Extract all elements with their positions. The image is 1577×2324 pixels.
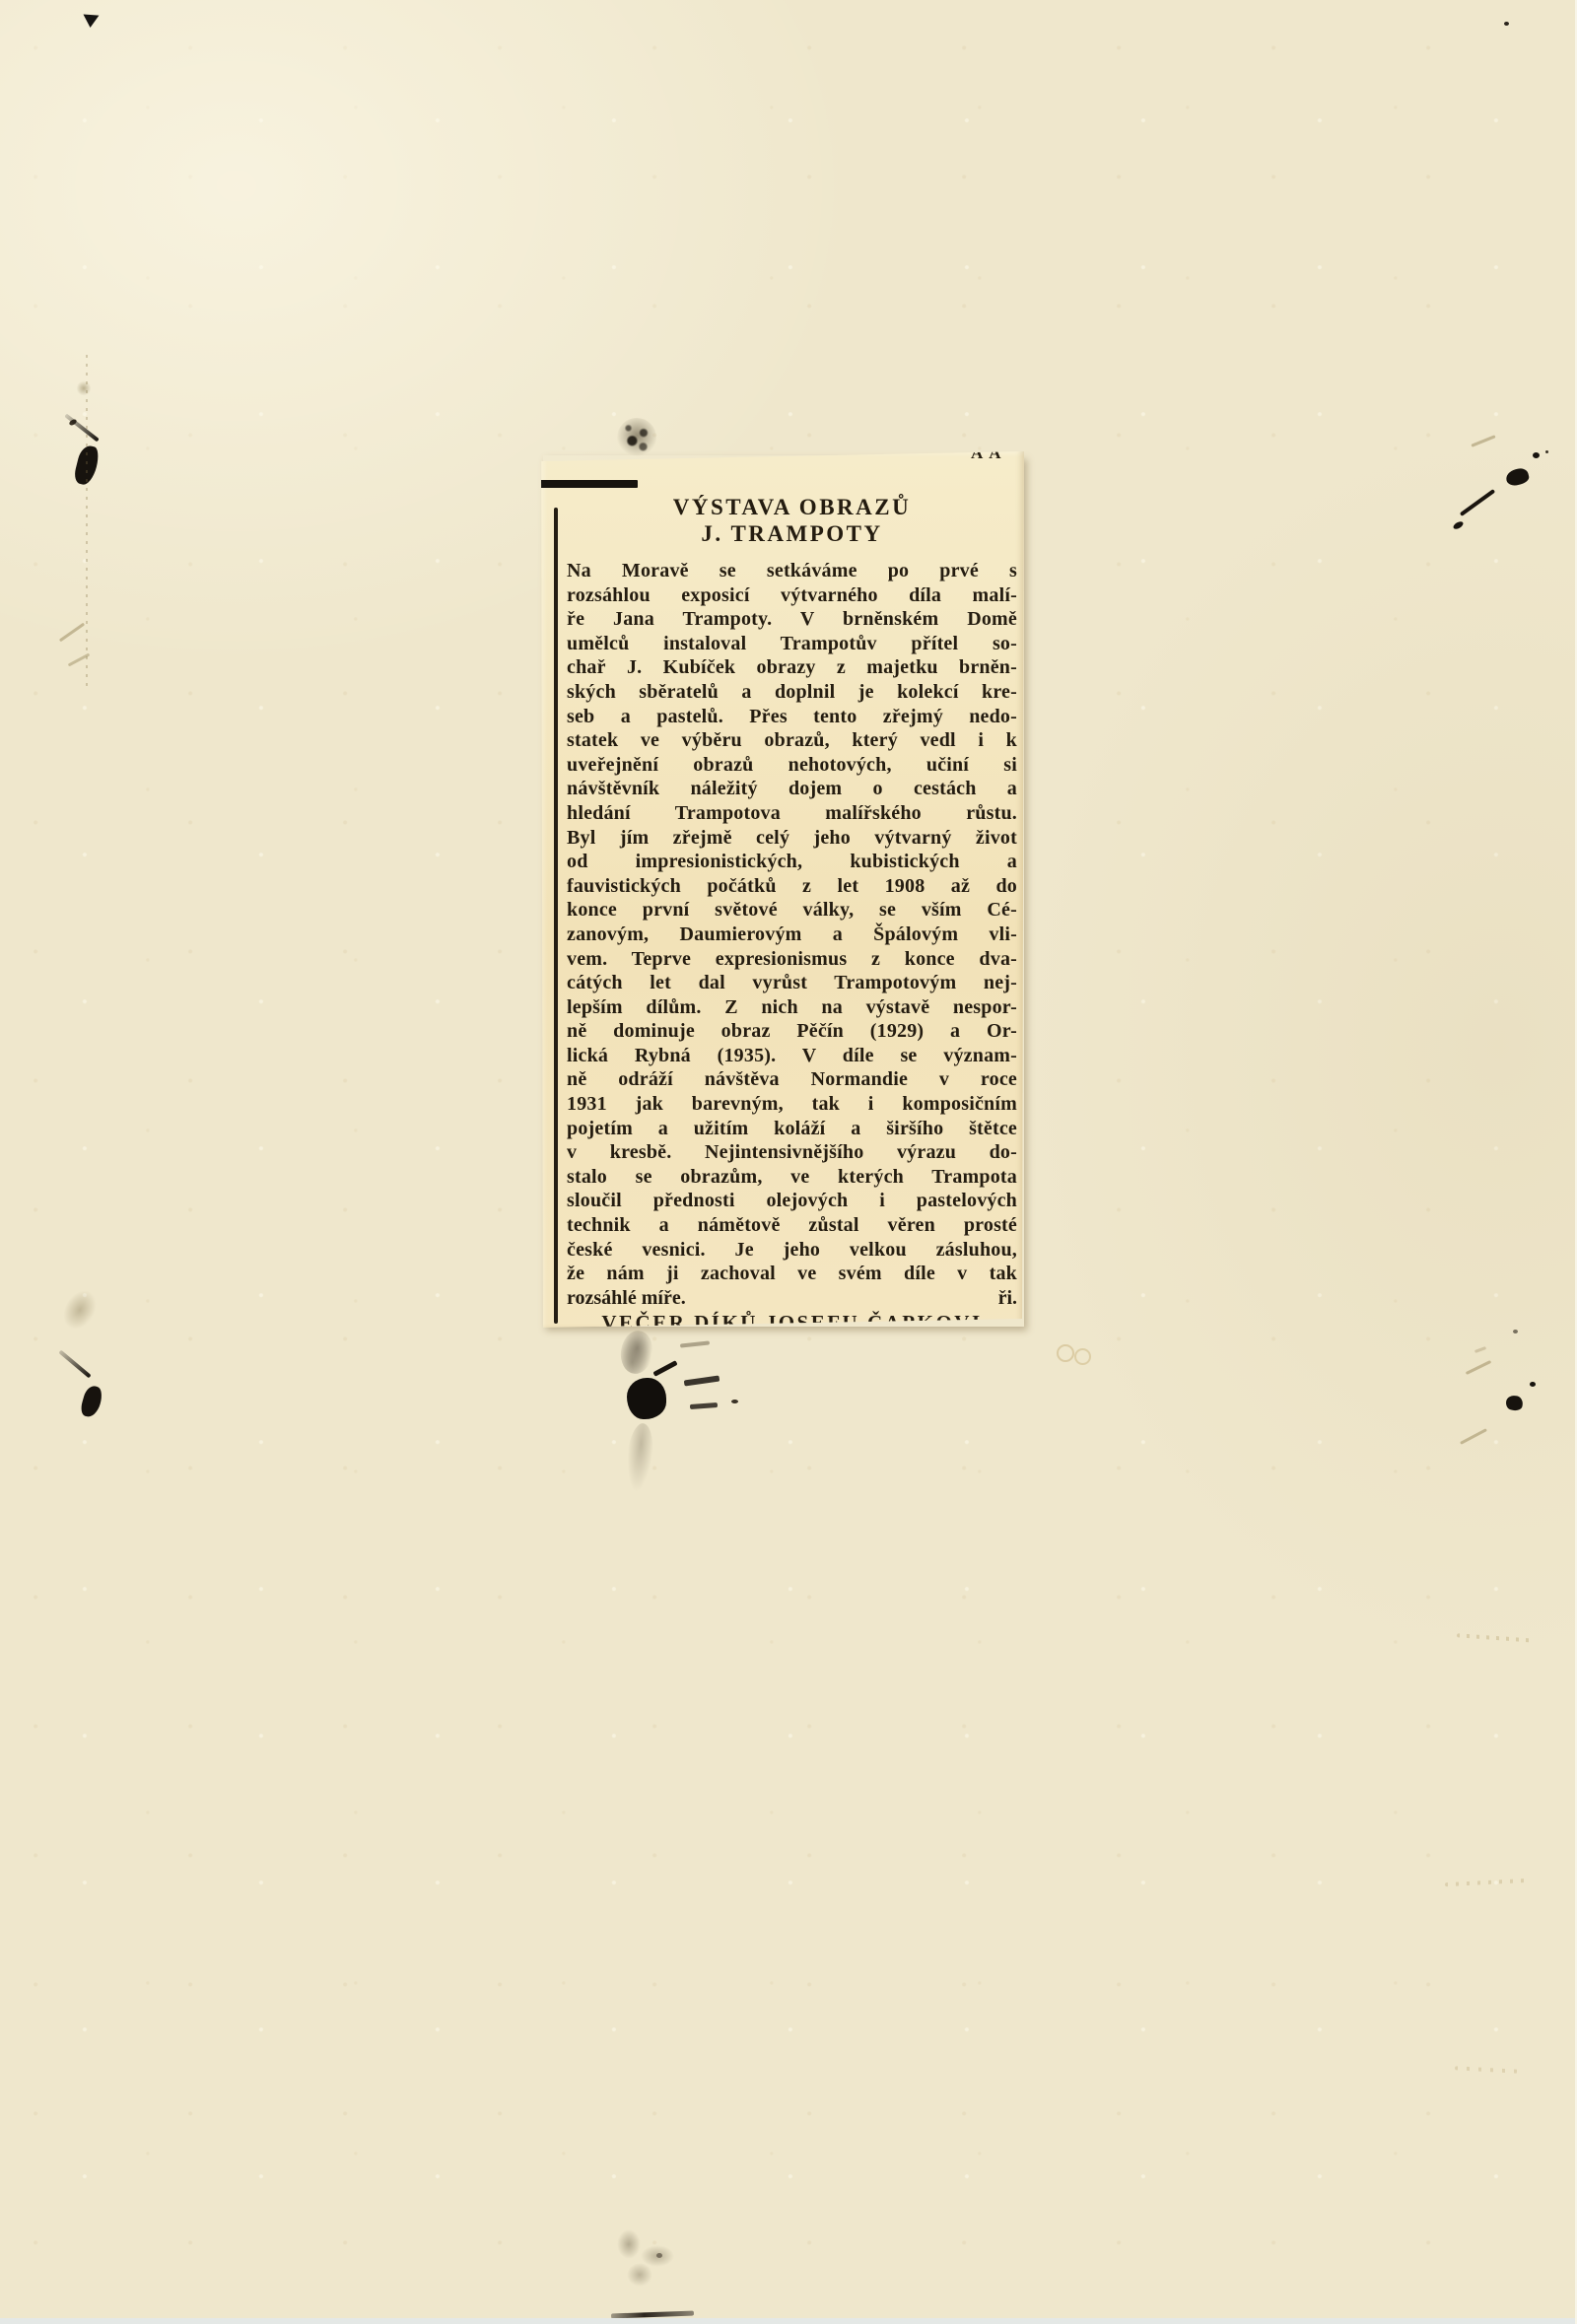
article-title-line1: VÝSTAVA OBRAZŮ (567, 494, 1017, 520)
faint-smear (1474, 1346, 1486, 1353)
ink-smear (64, 413, 100, 442)
article-line: konce první světové války, se vším Cé- (567, 898, 1017, 923)
faint-smudge (627, 2263, 652, 2287)
ink-dot (1504, 22, 1509, 26)
ink-blot (79, 1384, 104, 1419)
faint-dotted-streak (86, 355, 88, 690)
faint-speck (656, 2253, 662, 2258)
faint-speck (1513, 1330, 1518, 1333)
ink-blot (1505, 1394, 1525, 1411)
faint-smear (59, 623, 85, 643)
article-line: umělců instaloval Trampotův přítel so- (567, 632, 1017, 656)
faint-smudge-tail (623, 1422, 655, 1493)
article-line: lepším dílům. Z nich na výstavě nespor- (567, 995, 1017, 1020)
faint-smudge (617, 2229, 641, 2259)
article-line: chař J. Kubíček obrazy z majetku brněn- (567, 655, 1017, 680)
article-line: ně dominuje obraz Pěčín (1929) a Or- (567, 1019, 1017, 1044)
ink-speck (731, 1400, 738, 1403)
article-line: stalo se obrazům, ve kterých Trampota (567, 1165, 1017, 1190)
ink-dash (684, 1376, 720, 1387)
bleedthrough-specks (1445, 1879, 1530, 1886)
article-line: návštěvník náležitý dojem o cestách a (567, 777, 1017, 801)
article-line: ně odráží návštěva Normandie v roce (567, 1067, 1017, 1092)
ink-speck (1452, 520, 1465, 531)
ink-dash (690, 1402, 718, 1409)
ink-curved-stroke (1460, 489, 1495, 516)
ink-triangle-mark (83, 14, 100, 28)
article-line: ře Jana Trampoty. V brněnském Domě (567, 607, 1017, 632)
article-line: v kresbě. Nejintensivnějšího výrazu do- (567, 1140, 1017, 1165)
article-last-line: rozsáhlé míře. ři. (567, 1286, 1017, 1311)
article-line: uveřejnění obrazů nehotových, učiní si (567, 753, 1017, 778)
faint-ring (1074, 1348, 1091, 1365)
article-line: že nám ji zachoval ve svém díle v tak (567, 1262, 1017, 1286)
ink-smear (58, 1350, 91, 1379)
article-last-line-text: rozsáhlé míře. (567, 1286, 686, 1311)
faint-smear (1460, 1428, 1487, 1445)
ink-blot-large (627, 1378, 666, 1419)
article-line: pojetím a užitím koláží a širšího štětce (567, 1117, 1017, 1141)
article-line: české vesnici. Je jeho velkou zásluhou, (567, 1238, 1017, 1263)
faint-smudge (77, 380, 91, 396)
article-line: cátých let dal vyrůst Trampotovým nej- (567, 971, 1017, 995)
article-line: rozsáhlou exposicí výtvarného díla malí- (567, 583, 1017, 608)
article-line: Na Moravě se setkáváme po prvé s (567, 559, 1017, 583)
scan-edge-bottom (0, 2318, 1577, 2324)
article-line: Byl jím zřejmě celý jeho výtvarný život (567, 826, 1017, 851)
column-rule-left (554, 508, 558, 1324)
article-body: Na Moravě se setkáváme po prvé s rozsáhl… (567, 559, 1017, 1286)
newspaper-clipping: ATUPCKAT AA VÝSTAVA OBRAZŮ J. TRAMPOTY N… (541, 450, 1024, 1333)
faint-smear (1471, 435, 1495, 447)
article-line: 1931 jak barevným, tak i komposičním (567, 1092, 1017, 1117)
faint-ring (1057, 1344, 1074, 1362)
grey-smudge-cluster (618, 1329, 655, 1376)
article-line: sloučil přednosti olejových i pastelovýc… (567, 1189, 1017, 1213)
article-line: statek ve výběru obrazů, který vedl i k (567, 728, 1017, 753)
cutoff-text-fragment-top: ATUPCKAT (549, 441, 786, 466)
article-line: ských sběratelů a doplnil je kolekcí kre… (567, 680, 1017, 705)
ink-dot (1530, 1382, 1536, 1387)
faint-smudge (57, 1284, 103, 1334)
article-line: vem. Teprve expresionismus z konce dva- (567, 947, 1017, 972)
ink-speckle-cluster (614, 415, 659, 460)
ink-spur (652, 1360, 677, 1377)
article-column: VÝSTAVA OBRAZŮ J. TRAMPOTY Na Moravě se … (567, 494, 1017, 1335)
scanned-archive-page: { "page": { "background_color": "#efe7cc… (0, 0, 1577, 2324)
article-line: lická Rybná (1935). V díle se význam- (567, 1044, 1017, 1068)
column-divider-bar (539, 480, 638, 488)
article-line: technik a námětově zůstal věren prosté (567, 1213, 1017, 1238)
ink-blot (1504, 466, 1530, 487)
faint-smear (680, 1340, 710, 1347)
article-title-line2: J. TRAMPOTY (567, 520, 1017, 547)
article-line: seb a pastelů. Přes tento zřejmý nedo- (567, 705, 1017, 729)
faint-smear (1466, 1360, 1491, 1375)
article-line: od impresionistických, kubistických a (567, 850, 1017, 874)
ink-speck (1545, 450, 1548, 453)
article-line: zanovým, Daumierovým a Špálovým vli- (567, 923, 1017, 947)
article-signature: ři. (998, 1286, 1017, 1311)
article-line: hledání Trampotova malířského růstu. (567, 801, 1017, 826)
article-line: fauvistických počátků z let 1908 až do (567, 874, 1017, 899)
cutoff-text-fragment-top-right: AA (971, 444, 1007, 463)
ink-dot (1533, 452, 1540, 458)
bleedthrough-specks (1457, 1633, 1536, 1643)
bleedthrough-specks (1455, 2066, 1518, 2073)
